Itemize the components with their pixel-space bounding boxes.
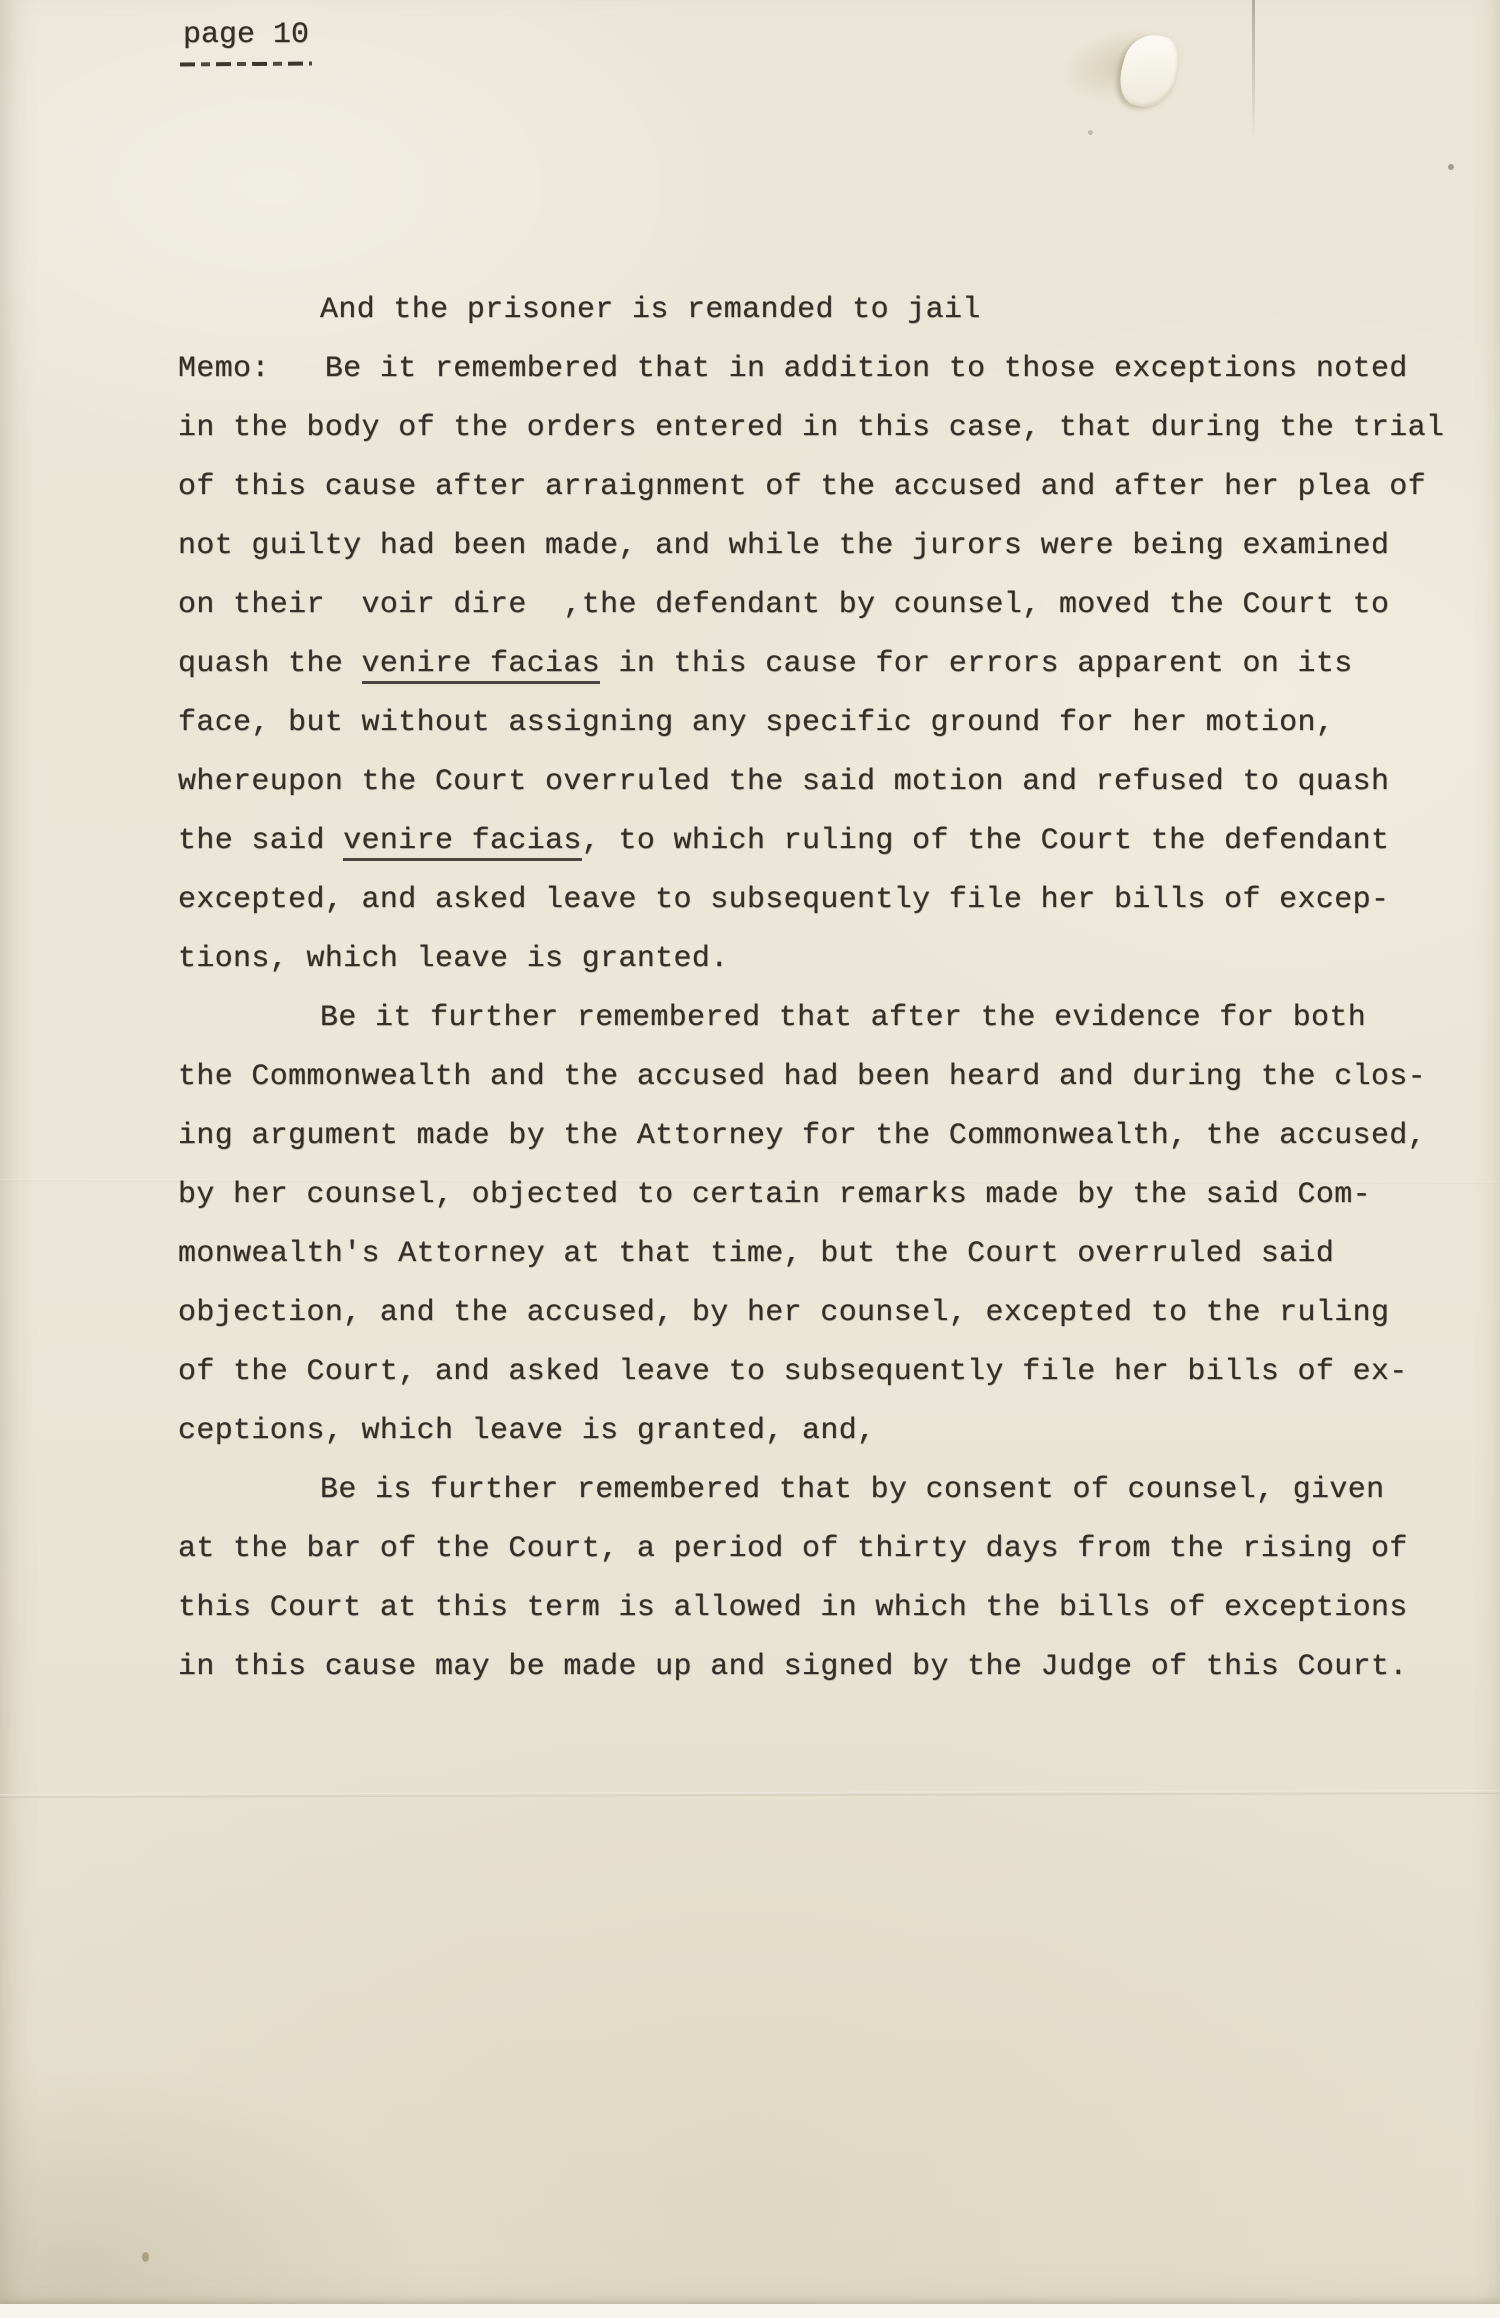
text-segment: not guilty had been made, and while the …: [178, 529, 1389, 563]
text-segment: monwealth's Attorney at that time, but t…: [178, 1237, 1334, 1271]
text-line: on their voir dire ,the defendant by cou…: [178, 576, 1438, 635]
text-segment: excepted, and asked leave to subsequentl…: [178, 883, 1389, 917]
text-line: monwealth's Attorney at that time, but t…: [178, 1225, 1438, 1284]
text-segment: quash the: [178, 647, 362, 681]
text-segment: Memo: Be it remembered that in addition …: [178, 352, 1408, 386]
text-line: at the bar of the Court, a period of thi…: [178, 1520, 1438, 1579]
text-line: of this cause after arraignment of the a…: [178, 458, 1438, 517]
text-line: whereupon the Court overruled the said m…: [178, 753, 1438, 812]
text-segment: in the body of the orders entered in thi…: [178, 411, 1444, 445]
underlined-phrase: venire facias: [362, 647, 601, 684]
text-line: objection, and the accused, by her couns…: [178, 1284, 1438, 1343]
text-line: not guilty had been made, and while the …: [178, 517, 1438, 576]
text-segment: in this cause may be made up and signed …: [178, 1650, 1408, 1684]
text-line: this Court at this term is allowed in wh…: [178, 1579, 1438, 1638]
text-segment: this Court at this term is allowed in wh…: [178, 1591, 1408, 1625]
text-segment: by her counsel, objected to certain rema…: [178, 1178, 1371, 1212]
text-line: And the prisoner is remanded to jail: [178, 281, 1438, 340]
text-segment: Be is further remembered that by consent…: [320, 1473, 1384, 1507]
underlined-phrase: venire facias: [343, 824, 582, 861]
text-line: excepted, and asked leave to subsequentl…: [178, 871, 1438, 930]
text-segment: the Commonwealth and the accused had bee…: [178, 1060, 1426, 1094]
text-segment: in this cause for errors apparent on its: [600, 647, 1352, 681]
document-page: page 10 And the prisoner is remanded to …: [0, 0, 1500, 2318]
text-segment: at the bar of the Court, a period of thi…: [178, 1532, 1408, 1566]
text-line: face, but without assigning any specific…: [178, 694, 1438, 753]
text-line: by her counsel, objected to certain rema…: [178, 1166, 1438, 1225]
text-segment: the said: [178, 824, 343, 858]
text-line: Memo: Be it remembered that in addition …: [178, 340, 1438, 399]
text-line: tions, which leave is granted.: [178, 930, 1438, 989]
text-segment: on their voir dire ,the defendant by cou…: [178, 588, 1389, 622]
text-segment: objection, and the accused, by her couns…: [178, 1296, 1389, 1330]
text-line: ing argument made by the Attorney for th…: [178, 1107, 1438, 1166]
text-segment: , to which ruling of the Court the defen…: [582, 824, 1390, 858]
scan-bottom-edge: [0, 2304, 1500, 2318]
text-segment: ing argument made by the Attorney for th…: [178, 1119, 1426, 1153]
text-segment: whereupon the Court overruled the said m…: [178, 765, 1389, 799]
paper-fold-crease: [0, 1790, 1500, 1798]
text-line: quash the venire facias in this cause fo…: [178, 635, 1438, 694]
text-segment: face, but without assigning any specific…: [178, 706, 1334, 740]
text-line: the Commonwealth and the accused had bee…: [178, 1048, 1438, 1107]
text-line: ceptions, which leave is granted, and,: [178, 1402, 1438, 1461]
page-number-label: page 10: [183, 18, 309, 52]
paper-speck: [1448, 164, 1454, 170]
text-segment: Be it further remembered that after the …: [320, 1001, 1366, 1035]
paper-speck: [142, 2252, 149, 2262]
text-segment: of the Court, and asked leave to subsequ…: [178, 1355, 1408, 1389]
text-segment: ceptions, which leave is granted, and,: [178, 1414, 875, 1448]
document-lines: And the prisoner is remanded to jailMemo…: [178, 281, 1438, 1697]
paper-speck: [1088, 130, 1093, 135]
text-segment: of this cause after arraignment of the a…: [178, 470, 1426, 504]
text-line: of the Court, and asked leave to subsequ…: [178, 1343, 1438, 1402]
text-line: the said venire facias, to which ruling …: [178, 812, 1438, 871]
page-number-underline: [180, 62, 312, 67]
text-line: in this cause may be made up and signed …: [178, 1638, 1438, 1697]
text-line: Be is further remembered that by consent…: [178, 1461, 1438, 1520]
text-segment: tions, which leave is granted.: [178, 942, 729, 976]
text-line: Be it further remembered that after the …: [178, 989, 1438, 1048]
text-segment: And the prisoner is remanded to jail: [320, 293, 981, 327]
paper-crease-vertical: [1252, 0, 1255, 140]
text-line: in the body of the orders entered in thi…: [178, 399, 1438, 458]
